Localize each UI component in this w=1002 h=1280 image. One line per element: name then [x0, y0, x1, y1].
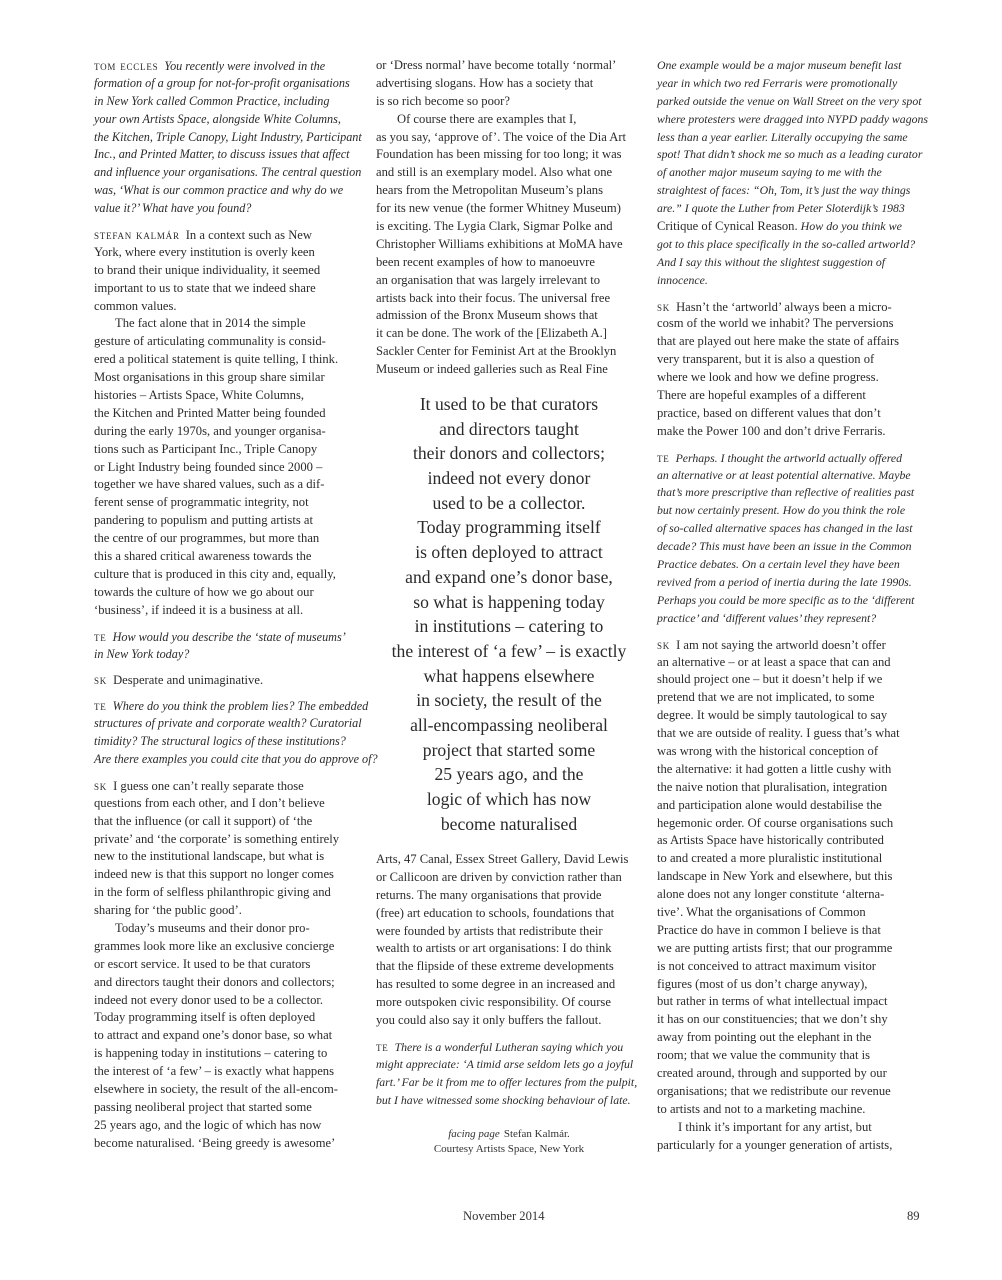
text-line: where we look and how we define progress… — [657, 369, 929, 387]
pull-quote-line: It used to be that curators — [376, 392, 642, 417]
text-line: Foundation has been missing for too long… — [376, 146, 642, 164]
text-line: tive’. What the organisations of Common — [657, 904, 929, 922]
text-line: advertising slogans. How has a society t… — [376, 75, 642, 93]
text-line: we are putting artists first; that our p… — [657, 940, 929, 958]
text-line: Tom EcclesYou recently were involved in … — [94, 57, 366, 75]
text-line: but now certainly present. How do you th… — [657, 502, 929, 520]
text-line: in New York called Common Practice, incl… — [94, 93, 366, 111]
text-line: been recent examples of how to manoeuvre — [376, 254, 642, 272]
text-line: that’s more prescriptive than reflective… — [657, 484, 929, 502]
text-line: practice, based on different values that… — [657, 405, 929, 423]
pull-quote-line: indeed not every donor — [376, 466, 642, 491]
text-line: formation of a group for not-for-profit … — [94, 75, 366, 93]
issue-date: November 2014 — [463, 1209, 545, 1224]
text-line: I think it’s important for any artist, b… — [657, 1119, 929, 1137]
text-line: and influence your organisations. The ce… — [94, 164, 366, 182]
answer-5-continued: I think it’s important for any artist, b… — [657, 1119, 929, 1155]
text-line: or escort service. It used to be that cu… — [94, 956, 366, 974]
text-line: TEHow would you describe the ‘state of m… — [94, 628, 366, 646]
answer-2: SKDesperate and unimaginative. — [94, 671, 366, 689]
text-line: structures of private and corporate weal… — [94, 715, 366, 733]
text-line: or Light Industry being founded since 20… — [94, 459, 366, 477]
text-line: questions from each other, and I don’t b… — [94, 795, 366, 813]
text-line: is not conceived to attract maximum visi… — [657, 958, 929, 976]
caption-label: facing page — [448, 1128, 500, 1140]
text-line: (free) art education to schools, foundat… — [376, 905, 642, 923]
text-line: particularly for a younger generation of… — [657, 1137, 929, 1155]
pull-quote-line: what happens elsewhere — [376, 664, 642, 689]
text-line: the Kitchen, Triple Canopy, Light Indust… — [94, 129, 366, 147]
middle-column: or ‘Dress normal’ have become totally ‘n… — [376, 57, 642, 379]
text-line: degree. It would be simply tautological … — [657, 707, 929, 725]
text-line: very transparent, but it is also a quest… — [657, 351, 929, 369]
text-line: There are hopeful examples of a differen… — [657, 387, 929, 405]
answer-3: SKI guess one can’t really separate thos… — [94, 777, 366, 920]
text-line: or Callicoon are driven by conviction ra… — [376, 869, 642, 887]
right-column: One example would be a major museum bene… — [657, 57, 929, 1154]
answer-3-galleries: Arts, 47 Canal, Essex Street Gallery, Da… — [376, 851, 642, 1030]
text-line: timidity? The structural logics of these… — [94, 733, 366, 751]
text-line: hegemonic order. Of course organisations… — [657, 815, 929, 833]
text-line: to brand their unique individuality, it … — [94, 262, 366, 280]
text-line: common values. — [94, 298, 366, 316]
text-line: was, ‘What is our common practice and wh… — [94, 182, 366, 200]
text-line: parked outside the venue on Wall Street … — [657, 93, 929, 111]
text-line: more outspoken civic responsibility. Of … — [376, 994, 642, 1012]
text-line: Most organisations in this group share s… — [94, 369, 366, 387]
text-line: the centre of our programmes, but more t… — [94, 530, 366, 548]
text-line: TEPerhaps. I thought the artworld actual… — [657, 449, 929, 467]
text-line: to artists and not to a marketing machin… — [657, 1101, 929, 1119]
text-line: returns. The many organisations that pro… — [376, 887, 642, 905]
text-line: Arts, 47 Canal, Essex Street Gallery, Da… — [376, 851, 642, 869]
pull-quote-line: and directors taught — [376, 417, 642, 442]
text-line: important to us to state that we indeed … — [94, 280, 366, 298]
text-line: TEWhere do you think the problem lies? T… — [94, 697, 366, 715]
text-line: Inc., and Printed Matter, to discuss iss… — [94, 146, 366, 164]
text-line: was wrong with the historical conception… — [657, 743, 929, 761]
pull-quote-line: in institutions – catering to — [376, 614, 642, 639]
question-4-continued: One example would be a major museum bene… — [657, 57, 929, 218]
text-line: this a shared critical awareness towards… — [94, 548, 366, 566]
text-line: together we have shared values, such as … — [94, 476, 366, 494]
text-line: culture that is produced in this city an… — [94, 566, 366, 584]
text-line: sharing for ‘the public good’. — [94, 902, 366, 920]
text-line: where protesters were dragged into NYPD … — [657, 111, 929, 129]
text-line: in the form of selfless philanthropic gi… — [94, 884, 366, 902]
text-line: wealth to artists or art organisations: … — [376, 940, 642, 958]
text-line: ‘business’, if indeed it is a business a… — [94, 602, 366, 620]
question-4-end: got to this place specifically in the so… — [657, 236, 929, 290]
text-line: that the flipside of these extreme devel… — [376, 958, 642, 976]
answer-4: SKHasn’t the ‘artworld’ always been a mi… — [657, 298, 929, 441]
text-line: value it?’ What have you found? — [94, 200, 366, 218]
text-line: Practice do have in common I believe is … — [657, 922, 929, 940]
speaker-label: Stefan Kalmár — [94, 227, 180, 242]
text-line: decade? This must have been an issue in … — [657, 538, 929, 556]
text-line: indeed not every donor used to be a coll… — [94, 992, 366, 1010]
pull-quote-line: their donors and collectors; — [376, 441, 642, 466]
text-line: Christopher Williams exhibitions at MoMA… — [376, 236, 642, 254]
text-line: passing neoliberal project that started … — [94, 1099, 366, 1117]
text-line: it has on our constituencies; that we do… — [657, 1011, 929, 1029]
text-line: the interest of ‘a few’ – is exactly wha… — [94, 1063, 366, 1081]
pull-quote-line: 25 years ago, and the — [376, 762, 642, 787]
text-line: and participation alone would destabilis… — [657, 797, 929, 815]
answer-3-continued: Today’s museums and their donor pro-gram… — [94, 920, 366, 1153]
caption-subject: Stefan Kalmár. — [504, 1128, 570, 1140]
text-line: as you say, ‘approve of’. The voice of t… — [376, 129, 642, 147]
speaker-label: TE — [657, 450, 670, 465]
caption-credit: Courtesy Artists Space, New York — [376, 1142, 642, 1157]
text-line: landscape in New York and elsewhere, but… — [657, 868, 929, 886]
pull-quote-line: and expand one’s donor base, — [376, 565, 642, 590]
text-line: Are there examples you could cite that y… — [94, 751, 366, 769]
question-4: TEThere is a wonderful Lutheran saying w… — [376, 1038, 642, 1110]
text-line: of another major museum saying to me wit… — [657, 164, 929, 182]
question-3: TEWhere do you think the problem lies? T… — [94, 697, 366, 769]
book-title: Critique of Cynical Reason. — [657, 219, 798, 233]
question-5: TEPerhaps. I thought the artworld actual… — [657, 449, 929, 628]
text-line: is so rich become so poor? — [376, 93, 642, 111]
text-line: innocence. — [657, 272, 929, 290]
pull-quote-line: project that started some — [376, 738, 642, 763]
answer-3-examples: Of course there are examples that I,as y… — [376, 111, 642, 379]
question-2: TEHow would you describe the ‘state of m… — [94, 628, 366, 664]
photo-caption: facing pageStefan Kalmár. Courtesy Artis… — [376, 1127, 642, 1157]
text-line: private’ and ‘the corporate’ is somethin… — [94, 831, 366, 849]
text-line: are.” I quote the Luther from Peter Slot… — [657, 200, 929, 218]
text-line: alone does not any longer constitute ‘al… — [657, 886, 929, 904]
pull-quote-line: so what is happening today — [376, 590, 642, 615]
text-line: SKDesperate and unimaginative. — [94, 671, 366, 689]
text-line: room; that we value the community that i… — [657, 1047, 929, 1065]
text-line: Today’s museums and their donor pro- — [94, 920, 366, 938]
question-1: Tom EcclesYou recently were involved in … — [94, 57, 366, 218]
text-line: an organisation that was largely irrelev… — [376, 272, 642, 290]
text-line: straightest of faces: “Oh, Tom, it’s jus… — [657, 182, 929, 200]
text-line: in New York today? — [94, 646, 366, 664]
text-line: for its new venue (the former Whitney Mu… — [376, 200, 642, 218]
text-line: tions such as Participant Inc., Triple C… — [94, 441, 366, 459]
text-line: grammes look more like an exclusive conc… — [94, 938, 366, 956]
text-line: elsewhere in society, the result of the … — [94, 1081, 366, 1099]
speaker-label: TE — [376, 1039, 389, 1054]
text-line: SKI guess one can’t really separate thos… — [94, 777, 366, 795]
answer-1-continued: The fact alone that in 2014 the simplege… — [94, 315, 366, 619]
text-line: your own Artists Space, alongside White … — [94, 111, 366, 129]
text-line: to attract and expand one’s donor base, … — [94, 1027, 366, 1045]
text-line: or ‘Dress normal’ have become totally ‘n… — [376, 57, 642, 75]
pull-quote-line: all-encompassing neoliberal — [376, 713, 642, 738]
text-line: pandering to populism and putting artist… — [94, 512, 366, 530]
text-line: got to this place specifically in the so… — [657, 236, 929, 254]
question-4-tail: How do you think we — [798, 219, 902, 233]
text-line: organisations; that we redistribute our … — [657, 1083, 929, 1101]
text-line: revived from a period of inertia during … — [657, 574, 929, 592]
text-line: Of course there are examples that I, — [376, 111, 642, 129]
pull-quote-line: become naturalised — [376, 812, 642, 837]
speaker-label: Tom Eccles — [94, 58, 158, 73]
text-line: towards the culture of how we go about o… — [94, 584, 366, 602]
text-line: fart.’ Far be it from me to offer lectur… — [376, 1074, 642, 1092]
speaker-label: SK — [94, 672, 107, 687]
text-line: The fact alone that in 2014 the simple — [94, 315, 366, 333]
text-line: to and created a more pluralistic instit… — [657, 850, 929, 868]
pull-quote-line: the interest of ‘a few’ – is exactly — [376, 639, 642, 664]
text-line: but I have witnessed some shocking behav… — [376, 1092, 642, 1110]
speaker-label: SK — [657, 637, 670, 652]
text-line: that the influence (or call it support) … — [94, 813, 366, 831]
text-line: become naturalised. ‘Being greedy is awe… — [94, 1135, 366, 1153]
text-line: gesture of articulating communality is c… — [94, 333, 366, 351]
text-line: and still is an exemplary model. Also wh… — [376, 164, 642, 182]
text-line: the alternative: it had gotten a little … — [657, 761, 929, 779]
text-line: might appreciate: ‘A timid arse seldom l… — [376, 1056, 642, 1074]
answer-5: SKI am not saying the artworld doesn’t o… — [657, 636, 929, 1119]
text-line: 25 years ago, and the logic of which has… — [94, 1117, 366, 1135]
text-line: but rather in terms of what intellectual… — [657, 993, 929, 1011]
text-line: that are played out here make the state … — [657, 333, 929, 351]
text-line: less than a year earlier. Literally occu… — [657, 129, 929, 147]
text-line: is happening today in institutions – cat… — [94, 1045, 366, 1063]
text-line: the naive notion that pluralisation, int… — [657, 779, 929, 797]
text-line: hears from the Metropolitan Museum’s pla… — [376, 182, 642, 200]
speaker-label: SK — [94, 778, 107, 793]
text-line: Stefan KalmárIn a context such as New — [94, 226, 366, 244]
text-line: admission of the Bronx Museum shows that — [376, 307, 642, 325]
text-line: during the early 1970s, and younger orga… — [94, 423, 366, 441]
text-line: histories – Artists Space, White Columns… — [94, 387, 366, 405]
text-line: Today programming itself is often deploy… — [94, 1009, 366, 1027]
text-line: of so-called alternative spaces has chan… — [657, 520, 929, 538]
text-line: pretend that we are not implicated, to s… — [657, 689, 929, 707]
text-line: year in which two red Ferraris were prom… — [657, 75, 929, 93]
pull-quote: It used to be that curatorsand directors… — [376, 392, 642, 836]
text-line: SKI am not saying the artworld doesn’t o… — [657, 636, 929, 654]
text-line: and directors taught their donors and co… — [94, 974, 366, 992]
text-line: that we are outside of reality. I guess … — [657, 725, 929, 743]
pull-quote-line: Today programming itself — [376, 515, 642, 540]
pull-quote-line: logic of which has now — [376, 787, 642, 812]
text-line: the Kitchen and Printed Matter being fou… — [94, 405, 366, 423]
pull-quote-line: used to be a collector. — [376, 491, 642, 516]
page-number: 89 — [907, 1209, 920, 1224]
text-line: Museum or indeed galleries such as Real … — [376, 361, 642, 379]
text-line: Sackler Center for Feminist Art at the B… — [376, 343, 642, 361]
text-line: away from pointing out the elephant in t… — [657, 1029, 929, 1047]
text-line: new to the institutional landscape, but … — [94, 848, 366, 866]
text-line: cosm of the world we inhabit? The perver… — [657, 315, 929, 333]
text-line: artists back into their focus. The unive… — [376, 290, 642, 308]
text-line: SKHasn’t the ‘artworld’ always been a mi… — [657, 298, 929, 316]
text-line: has resulted to some degree in an increa… — [376, 976, 642, 994]
speaker-label: TE — [94, 698, 107, 713]
text-line: make the Power 100 and don’t drive Ferra… — [657, 423, 929, 441]
text-line: ered a political statement is quite tell… — [94, 351, 366, 369]
left-column: Tom EcclesYou recently were involved in … — [94, 57, 366, 1153]
text-line: And I say this without the slightest sug… — [657, 254, 929, 272]
text-line: it can be done. The work of the [Elizabe… — [376, 325, 642, 343]
text-line: ferent sense of programmatic integrity, … — [94, 494, 366, 512]
text-line: practice’ and ‘different values’ they re… — [657, 610, 929, 628]
text-line: an alternative or at least potential alt… — [657, 467, 929, 485]
pull-quote-line: is often deployed to attract — [376, 540, 642, 565]
middle-column-lower: Arts, 47 Canal, Essex Street Gallery, Da… — [376, 851, 642, 1109]
question-4-book-line: Critique of Cynical Reason. How do you t… — [657, 218, 929, 236]
text-line: as Artists Space have historically contr… — [657, 832, 929, 850]
text-line: an alternative – or at least a space tha… — [657, 654, 929, 672]
text-line: figures (most of us don’t charge anyway)… — [657, 976, 929, 994]
text-line: you could also say it only buffers the f… — [376, 1012, 642, 1030]
text-line: were founded by artists that redistribut… — [376, 923, 642, 941]
text-line: spot! That didn’t shock me so much as a … — [657, 146, 929, 164]
text-line: York, where every institution is overly … — [94, 244, 366, 262]
text-line: created around, through and supported by… — [657, 1065, 929, 1083]
text-line: indeed new is that this support no longe… — [94, 866, 366, 884]
text-line: is exciting. The Lygia Clark, Sigmar Pol… — [376, 218, 642, 236]
speaker-label: TE — [94, 629, 107, 644]
pull-quote-line: in society, the result of the — [376, 688, 642, 713]
answer-1: Stefan KalmárIn a context such as NewYor… — [94, 226, 366, 315]
text-line: should project one – but it doesn’t help… — [657, 671, 929, 689]
speaker-label: SK — [657, 299, 670, 314]
text-line: TEThere is a wonderful Lutheran saying w… — [376, 1038, 642, 1056]
answer-3-continued-mid: or ‘Dress normal’ have become totally ‘n… — [376, 57, 642, 111]
text-line: Practice debates. On a certain level the… — [657, 556, 929, 574]
text-line: Perhaps you could be more specific as to… — [657, 592, 929, 610]
text-line: One example would be a major museum bene… — [657, 57, 929, 75]
